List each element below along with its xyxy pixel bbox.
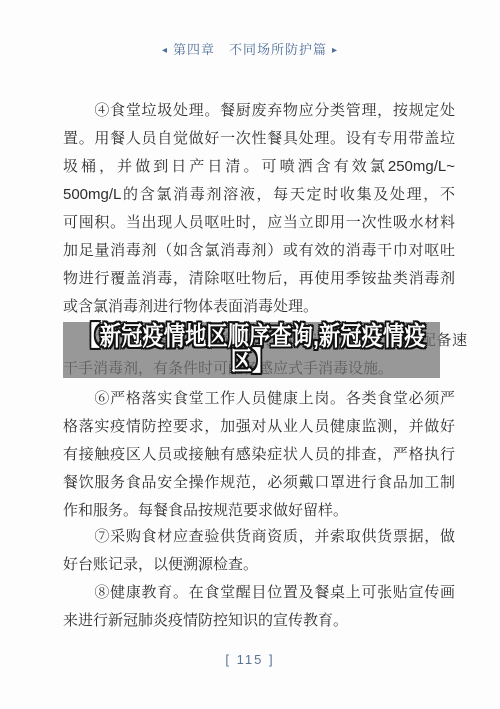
left-triangle-ornament-icon: ◂ (157, 45, 173, 56)
watermark-band: 【新冠疫情地区顺序查询,新冠疫情疫 区】 (63, 322, 440, 378)
body-line: 置。用餐人员自觉做好一次性餐具处理。设有专用带盖垃 (63, 125, 455, 153)
chapter-title: 第四章 不同场所防护篇 (173, 42, 327, 57)
body-line: ⑥严格落实食堂工作人员健康上岗。各类食堂必须严 (63, 385, 455, 413)
body-line: 作和服务。每餐食品按规范要求做好留样。 (63, 497, 455, 525)
body-line: 圾桶，并做到日产日清。可喷洒含有效氯250mg/L~ (63, 153, 455, 181)
body-line: ⑦采购食材应查验供货商资质，并索取供货票据，做 (63, 523, 455, 551)
body-line: 好台账记录，以便溯源检查。 (63, 551, 455, 579)
body-line: 来进行新冠肺炎疫情防控知识的宣传教育。 (63, 607, 455, 635)
chapter-header: ◂第四章 不同场所防护篇▸ (0, 39, 500, 57)
body-line: ④食堂垃圾处理。餐厨废弃物应分类管理，按规定处 (63, 97, 455, 125)
body-line: 格落实疫情防控要求，加强对从业人员健康监测，并做好 (63, 413, 455, 441)
right-triangle-ornament-icon: ▸ (327, 45, 343, 56)
body-line: 加足量消毒剂（如含氯消毒剂）或有效的消毒干巾对呕吐 (63, 237, 455, 265)
body-line: 物进行覆盖消毒，清除呕吐物后，再使用季铵盐类消毒剂 (63, 265, 455, 293)
watermark-line-2: 区】 (59, 349, 444, 374)
watermark-text: 【新冠疫情地区顺序查询,新冠疫情疫 区】 (59, 324, 444, 374)
page-number: [ 115 ] (0, 652, 500, 672)
body-line: ⑧健康教育。在食堂醒目位置及餐桌上可张贴宣传画 (63, 579, 455, 607)
body-line: 餐饮服务食品安全操作规范，必须戴口罩进行食品加工制 (63, 469, 455, 497)
scanned-book-page: ◂第四章 不同场所防护篇▸ ④食堂垃圾处理。餐厨废弃物应分类管理，按规定处 置。… (0, 0, 500, 709)
body-line: 可囤积。当出现人员呕吐时，应当立即用一次性吸水材料 (63, 209, 455, 237)
body-line: 或含氯消毒剂进行物体表面消毒处理。 (63, 293, 455, 321)
body-line: 有接触疫区人员或接触有感染症状人员的排查，严格执行 (63, 441, 455, 469)
body-line: 500mg/L的含氯消毒剂溶液，每天定时收集及处理，不 (63, 181, 455, 209)
